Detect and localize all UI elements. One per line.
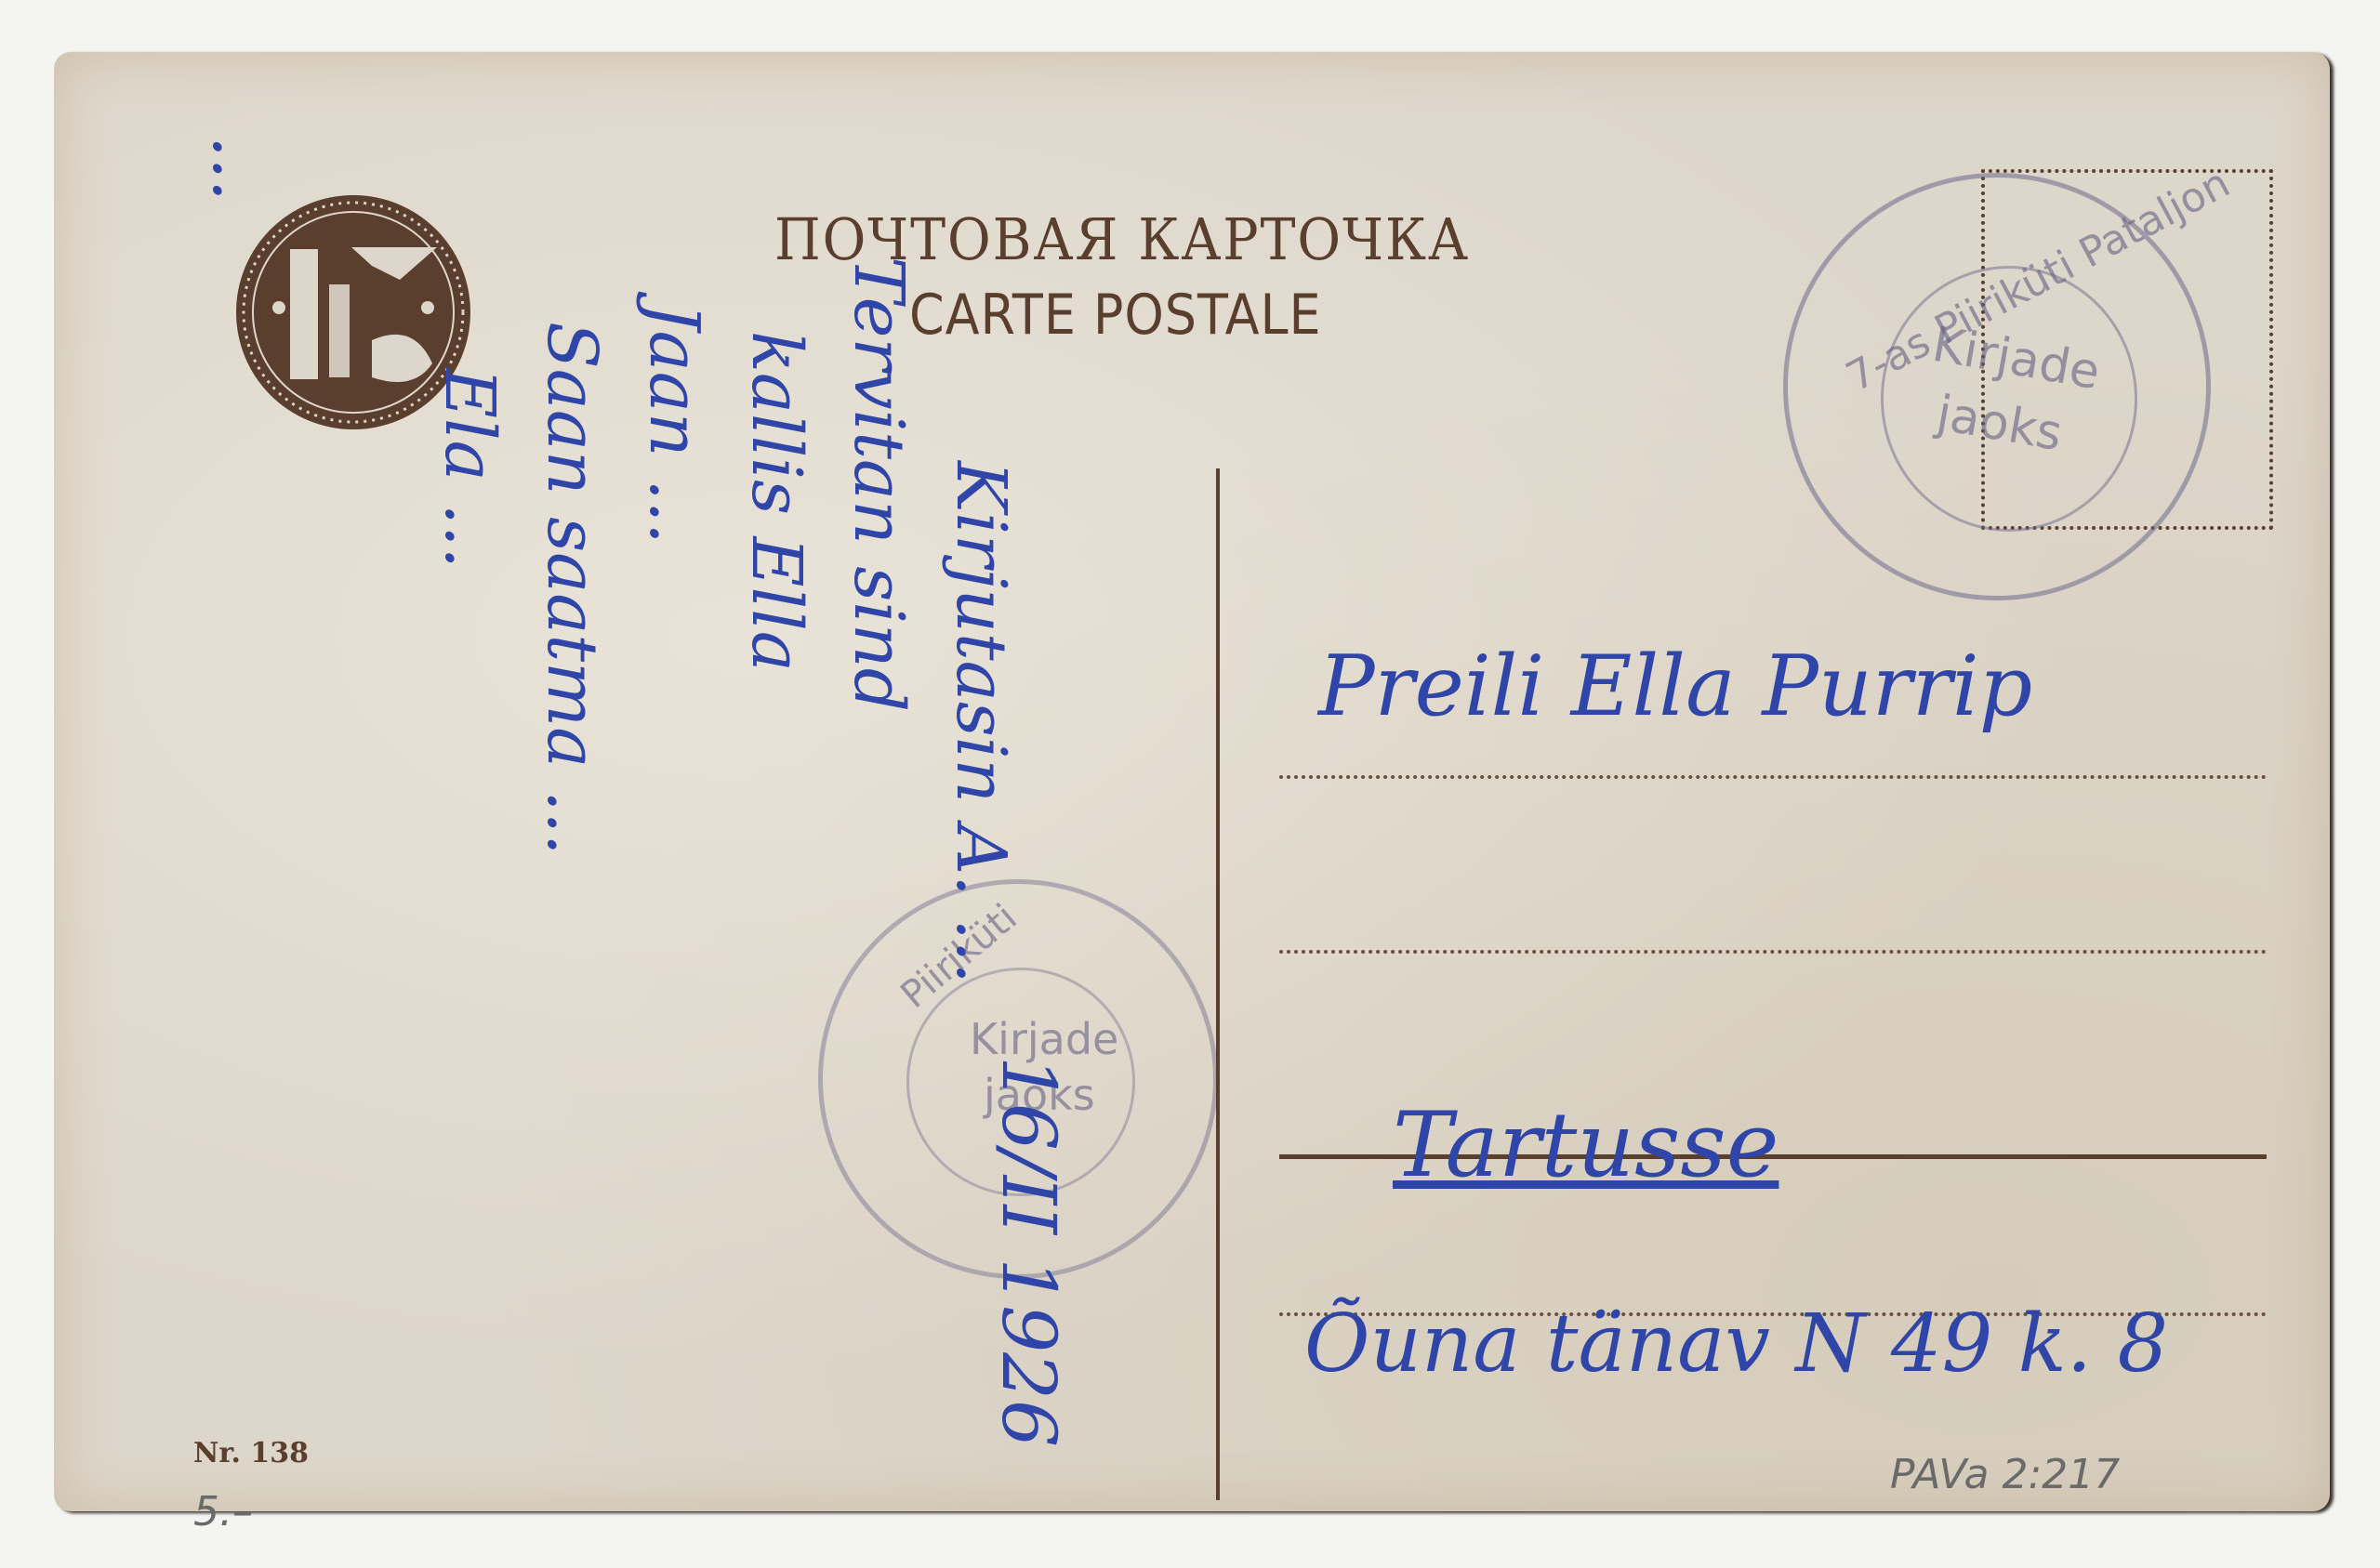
archive-reference: PAVa 2:217 <box>1890 1451 2120 1498</box>
recipient-street: Õuna tänav N 49 k. 8 <box>1304 1298 2168 1390</box>
center-divider-line <box>1216 468 1220 1500</box>
address-line-2 <box>1279 950 2267 954</box>
message-date: 16/II 1926 <box>985 1056 1072 1447</box>
message-line: Ela ... <box>430 368 509 569</box>
message-line: kallis Ella <box>736 331 816 672</box>
message-line: Kirjutasin A. ... <box>941 461 1021 984</box>
postcard-title-french: CARTE POSTALE <box>909 283 1321 348</box>
pencil-price-note: 5.– <box>193 1488 253 1535</box>
catalog-number: Nr. 138 <box>193 1437 309 1469</box>
address-line-1 <box>1279 775 2267 779</box>
recipient-name: Preili Ella Purrip <box>1318 638 2032 735</box>
message-line: Saan saatma ... <box>532 322 612 855</box>
message-line: Jaan ... <box>634 303 714 545</box>
postcard: ПОЧТОВАЯ КАРТОЧКА CARTE POSTALE 7-as Pii… <box>54 52 2330 1511</box>
recipient-city: Tartusse <box>1393 1093 1778 1197</box>
message-line: ... <box>197 136 277 202</box>
message-line: Tervitan sind <box>839 257 919 712</box>
